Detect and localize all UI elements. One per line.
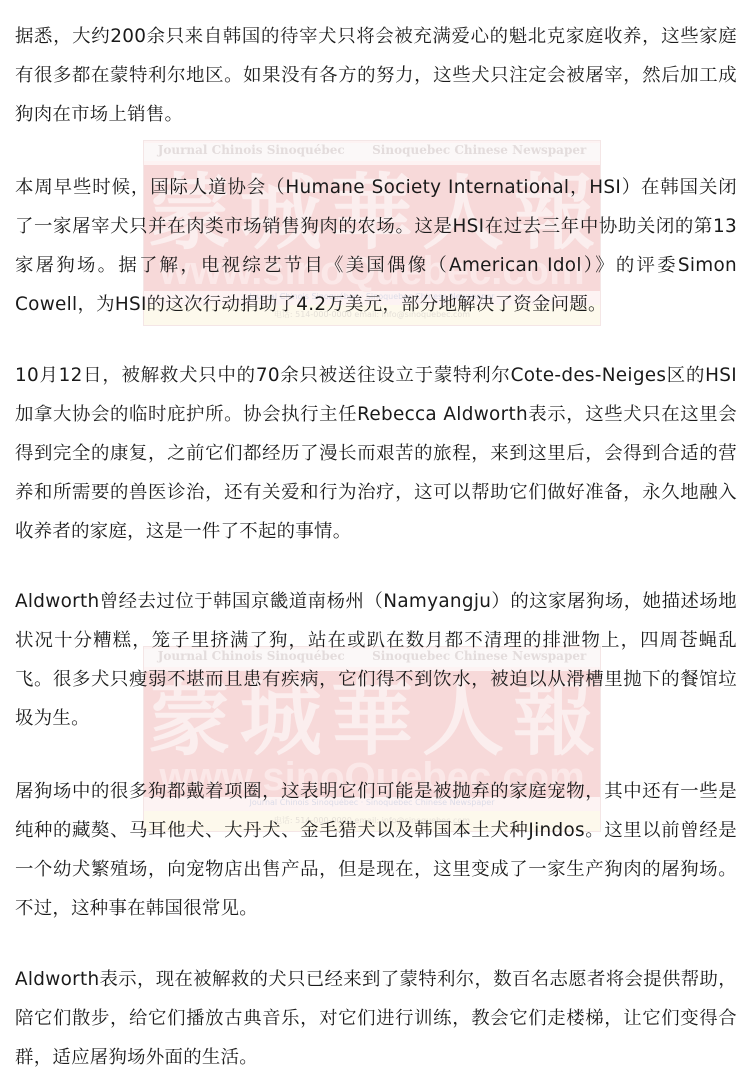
- article-paragraph: 屠狗场中的很多狗都戴着项圈，这表明它们可能是被抛弃的家庭宠物，其中还有一些是纯种…: [15, 772, 737, 928]
- article-paragraph: 本周早些时候，国际人道协会（Humane Society Internation…: [15, 168, 737, 324]
- watermark-masthead-fr: Journal Chinois Sinoquébec: [158, 143, 345, 161]
- watermark-masthead: Journal Chinois Sinoquébec Sinoquebec Ch…: [144, 143, 600, 161]
- article-paragraph: Aldworth表示，现在被解救的犬只已经来到了蒙特利尔，数百名志愿者将会提供帮…: [15, 960, 737, 1077]
- article-paragraph: 10月12日，被解救犬只中的70余只被送往设立于蒙特利尔Cote-des-Nei…: [15, 356, 737, 551]
- article-paragraph: Aldworth曾经去过位于韩国京畿道南杨州（Namyangju）的这家屠狗场，…: [15, 582, 737, 738]
- article-paragraph: 据悉，大约200余只来自韩国的待宰犬只将会被充满爱心的魁北克家庭收养，这些家庭有…: [15, 17, 737, 134]
- watermark-masthead-en: Sinoquebec Chinese Newspaper: [372, 143, 586, 161]
